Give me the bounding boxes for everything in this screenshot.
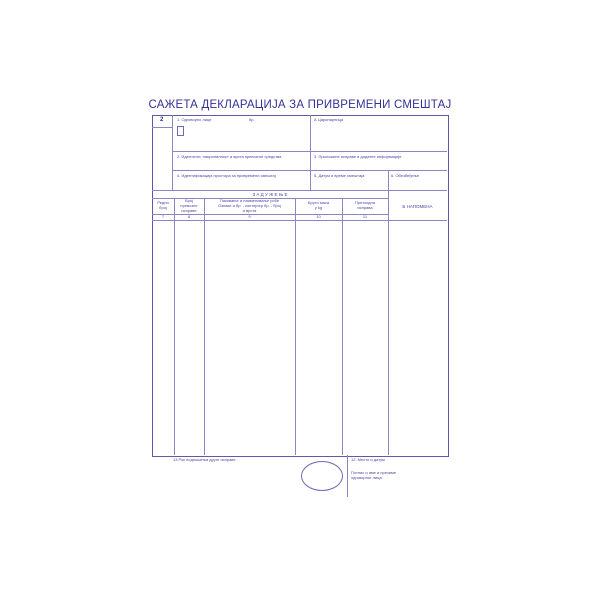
- col-number-11: 11: [342, 215, 388, 220]
- stamp-oval: [301, 461, 343, 491]
- divider: [152, 220, 447, 221]
- field-place-date-label: 12. Место и датум: [351, 458, 385, 463]
- col-number-7: 7: [152, 215, 174, 220]
- divider: [295, 198, 296, 455]
- col-header-serial: Редни број: [152, 201, 174, 211]
- divider: [310, 115, 311, 190]
- section-title: З А Д У Ж Е Њ Е: [152, 192, 388, 197]
- form-frame: [152, 115, 449, 457]
- col-number-8: 8: [174, 215, 204, 220]
- divider: [347, 455, 348, 497]
- col-header-transport-doc: Број превозне исправе: [174, 199, 204, 213]
- field-vehicle-identity-label: 2. Идентитет, националност и врста прево…: [177, 155, 281, 160]
- field-customs-office-label: А Царинарница: [314, 118, 343, 123]
- field-deadline-label: 13 Рок подношења друге исправе: [173, 458, 236, 463]
- divider: [204, 198, 205, 455]
- responsible-person-checkbox[interactable]: [177, 126, 184, 136]
- field-responsible-person-label: 1. Одговорно лице: [177, 118, 212, 123]
- col-header-packaging: Паковање и наименовање робе Ознаке и бр.…: [204, 199, 295, 213]
- col-header-previous-doc: Претходна исправа: [342, 201, 388, 211]
- divider: [174, 198, 175, 455]
- divider: [152, 127, 172, 128]
- field-storage-date-label: 5. Датум и време смештаја: [314, 174, 364, 179]
- document-title: САЖЕТА ДЕКЛАРАЦИЈА ЗА ПРИВРЕМЕНИ СМЕШТАЈ: [0, 99, 600, 111]
- field-number-label: бр.: [249, 118, 255, 123]
- divider: [342, 198, 343, 455]
- divider: [152, 190, 447, 191]
- divider: [172, 115, 173, 190]
- col-number-10: 10: [295, 215, 342, 220]
- col-header-gross-mass: Бруто маса у kg: [295, 201, 342, 211]
- copy-number: 2: [160, 117, 163, 123]
- field-attached-documents-label: 3. Приложене исправе и додатне информаци…: [314, 155, 402, 160]
- field-storage-identification-label: 4. Идентификација простора за привремени…: [177, 174, 276, 179]
- divider: [388, 170, 389, 455]
- signature-label: Потпис и име и презиме одговорног лица: [351, 471, 396, 481]
- field-security-label: 6. Обезбеђење: [391, 174, 419, 179]
- col-header-note: Б НАПОМЕНА: [388, 204, 447, 209]
- col-number-9: 9: [204, 215, 295, 220]
